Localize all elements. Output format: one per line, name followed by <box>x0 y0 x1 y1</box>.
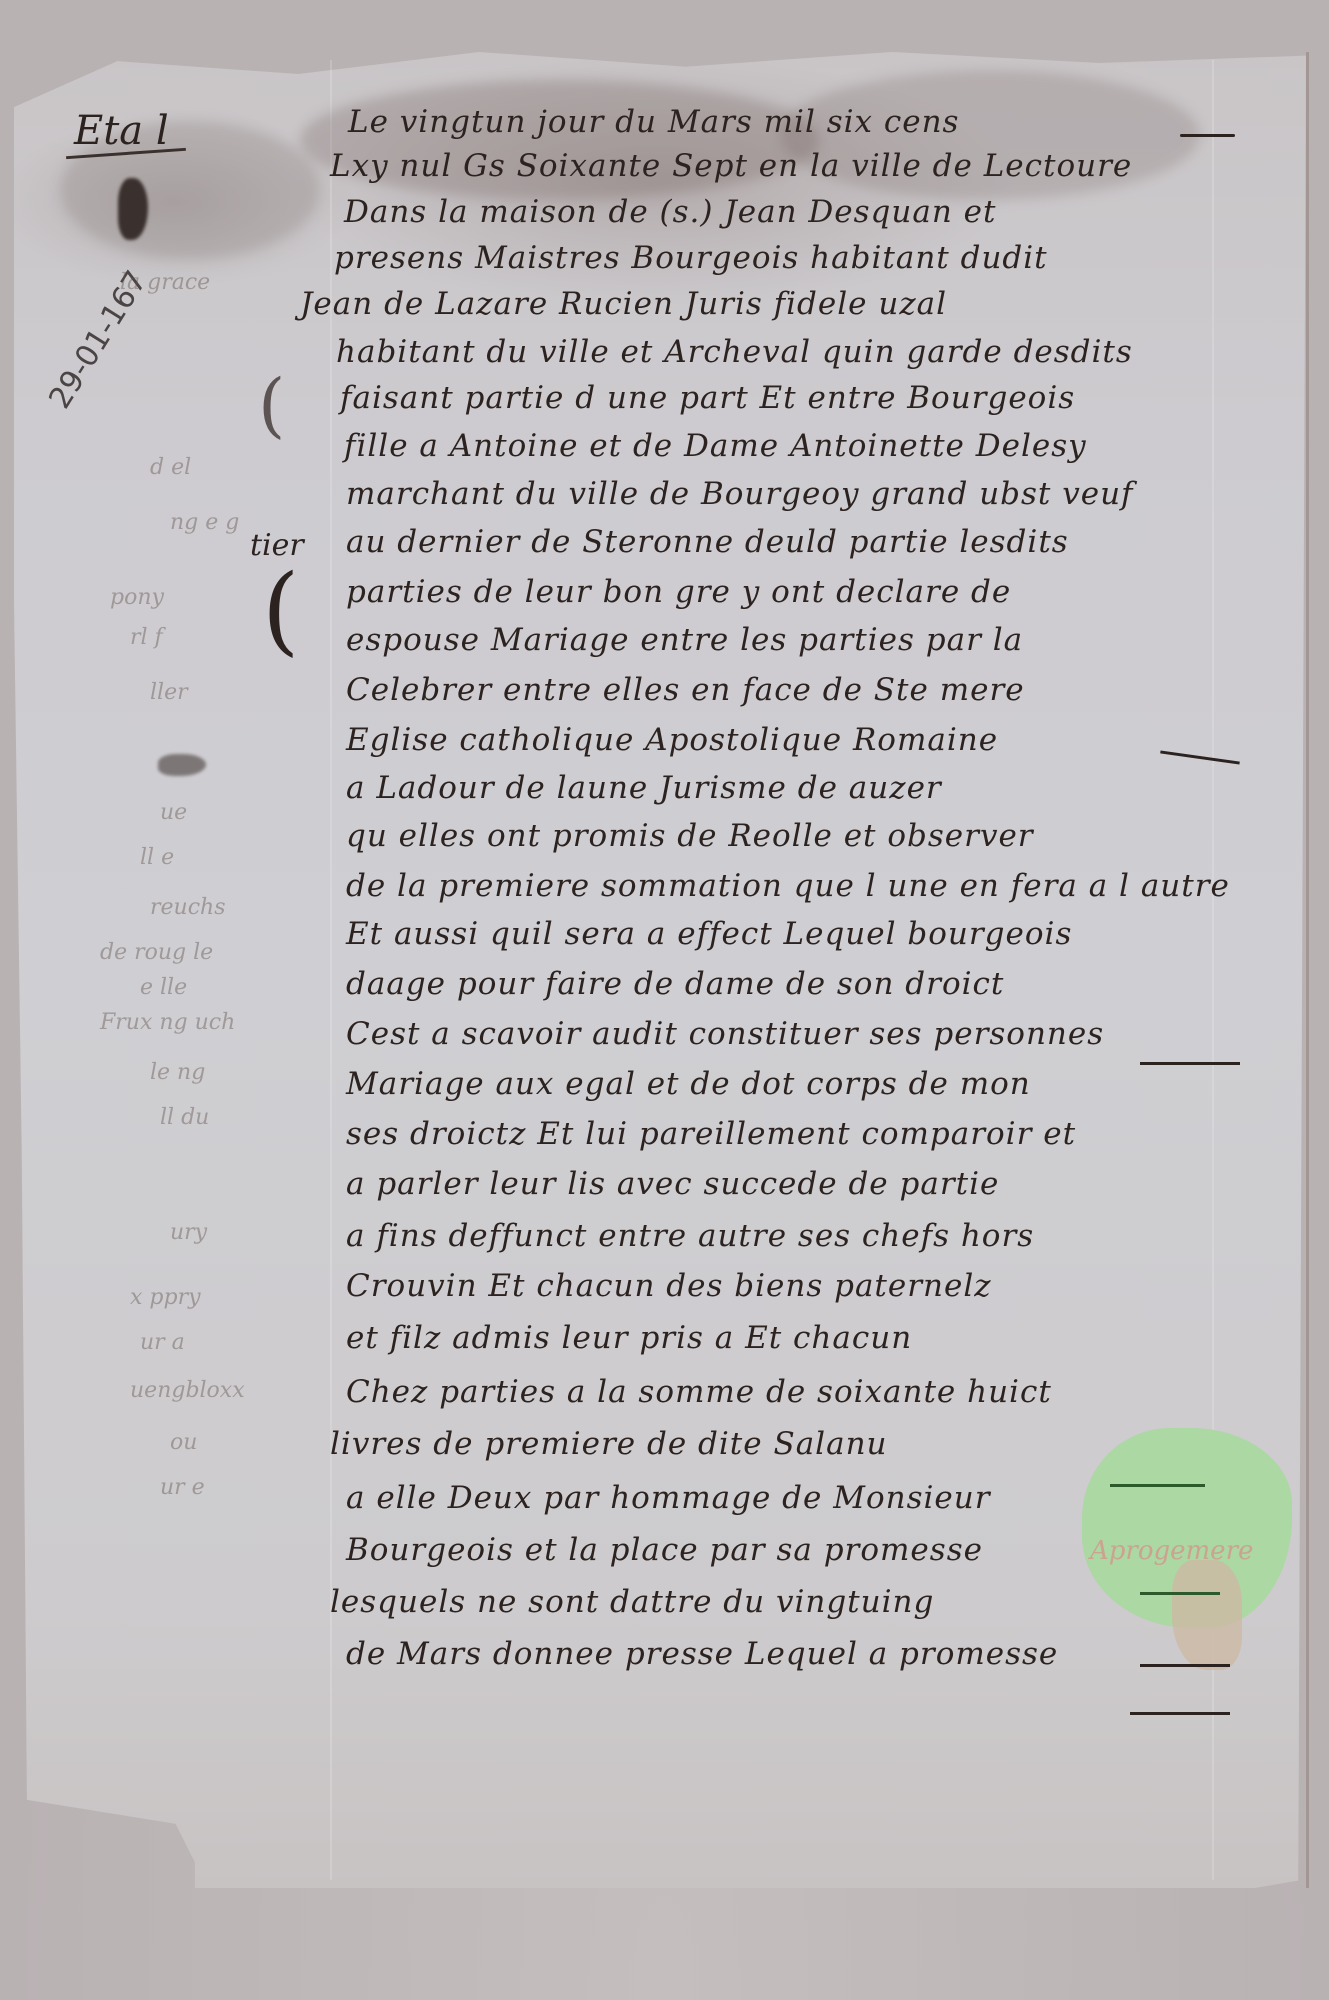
bleed-through-text: d el <box>150 455 191 480</box>
manuscript-line: marchant du ville de Bourgeoy grand ubst… <box>346 476 1134 512</box>
manuscript-line: Mariage aux egal et de dot corps de mon <box>346 1066 1031 1102</box>
manuscript-line: Jean de Lazare Rucien Juris fidele uzal <box>300 286 947 322</box>
manuscript-line: a parler leur lis avec succede de partie <box>346 1166 999 1202</box>
line-flourish <box>1140 1592 1220 1595</box>
manuscript-line: Le vingtun jour du Mars mil six cens <box>348 104 959 140</box>
manuscript-line: faisant partie d une part Et entre Bourg… <box>340 380 1075 416</box>
bleed-through-text: e lle <box>140 975 187 1000</box>
manuscript-line: parties de leur bon gre y ont declare de <box>346 574 1011 610</box>
bleed-through-text: la grace <box>120 270 210 295</box>
bleed-through-text: de roug le <box>100 940 213 965</box>
manuscript-line: Lxy nul Gs Soixante Sept en la ville de … <box>330 148 1132 184</box>
bleed-through-text: Frux ng uch <box>100 1010 235 1035</box>
line-flourish <box>1140 1664 1230 1667</box>
bleed-through-text: ller <box>150 680 188 705</box>
margin-mark: Eta l <box>74 108 169 154</box>
manuscript-line: qu elles ont promis de Reolle et observe… <box>346 818 1034 854</box>
manuscript-line: a fins deffunct entre autre ses chefs ho… <box>346 1218 1034 1254</box>
manuscript-line: de la premiere sommation que l une en fe… <box>346 868 1230 904</box>
manuscript-line: Dans la maison de (s.) Jean Desquan et <box>344 194 996 230</box>
manuscript-line: livres de premiere de dite Salanu <box>330 1426 888 1462</box>
bleed-through-text: ll e <box>140 845 174 870</box>
bleed-through-text: ll du <box>160 1105 209 1130</box>
line-flourish <box>1180 134 1235 137</box>
manuscript-line: Celebrer entre elles en face de Ste mere <box>346 672 1025 708</box>
manuscript-line: presens Maistres Bourgeois habitant dudi… <box>334 240 1048 276</box>
manuscript-line: Bourgeois et la place par sa promesse <box>346 1532 983 1568</box>
manuscript-line: Cest a scavoir audit constituer ses pers… <box>346 1016 1104 1052</box>
line-flourish <box>1140 1062 1240 1065</box>
margin-brace: ( <box>262 562 299 658</box>
bleed-through-text: ury <box>170 1220 207 1245</box>
line-flourish <box>1110 1484 1205 1487</box>
bleed-through-text: reuchs <box>150 895 226 920</box>
manuscript-line: habitant du ville et Archeval quin garde… <box>336 334 1133 370</box>
manuscript-line: au dernier de Steronne deuld partie lesd… <box>346 524 1069 560</box>
bleed-through-text: x ppry <box>130 1285 201 1310</box>
repair-patch <box>1172 1560 1242 1670</box>
bleed-through-text: pony <box>110 585 164 610</box>
manuscript-line: Eglise catholique Apostolique Romaine <box>346 722 998 758</box>
bleed-through-text: le ng <box>150 1060 205 1085</box>
line-flourish <box>1130 1712 1230 1715</box>
manuscript-line: a elle Deux par hommage de Monsieur <box>346 1480 991 1516</box>
manuscript-line: Chez parties a la somme de soixante huic… <box>346 1374 1052 1410</box>
manuscript-line: Et aussi quil sera a effect Lequel bourg… <box>346 916 1072 952</box>
bleed-through-text: uengbloxx <box>130 1378 245 1403</box>
manuscript-line: daage pour faire de dame de son droict <box>346 966 1004 1002</box>
stamp-overlay: Aprogemere <box>1090 1536 1253 1566</box>
bleed-through-text: ue <box>160 800 187 825</box>
manuscript-line: et filz admis leur pris a Et chacun <box>346 1320 912 1356</box>
manuscript-line: espouse Mariage entre les parties par la <box>346 622 1023 658</box>
bleed-through-text: ng e g <box>170 510 239 535</box>
bleed-through-text: ou <box>170 1430 197 1455</box>
bleed-through-text: ur a <box>140 1330 185 1355</box>
manuscript-line: ses droictz Et lui pareillement comparoi… <box>346 1116 1076 1152</box>
manuscript-line: Crouvin Et chacun des biens paternelz <box>346 1268 992 1304</box>
manuscript-line: fille a Antoine et de Dame Antoinette De… <box>344 428 1087 464</box>
manuscript-line: de Mars donnee presse Lequel a promesse <box>346 1636 1058 1672</box>
margin-brace: ( <box>258 370 285 440</box>
bleed-through-text: ur e <box>160 1475 205 1500</box>
manuscript-line: lesquels ne sont dattre du vingtuing <box>330 1584 934 1620</box>
manuscript-line: a Ladour de laune Jurisme de auzer <box>346 770 942 806</box>
bleed-through-text: rl f <box>130 625 163 650</box>
